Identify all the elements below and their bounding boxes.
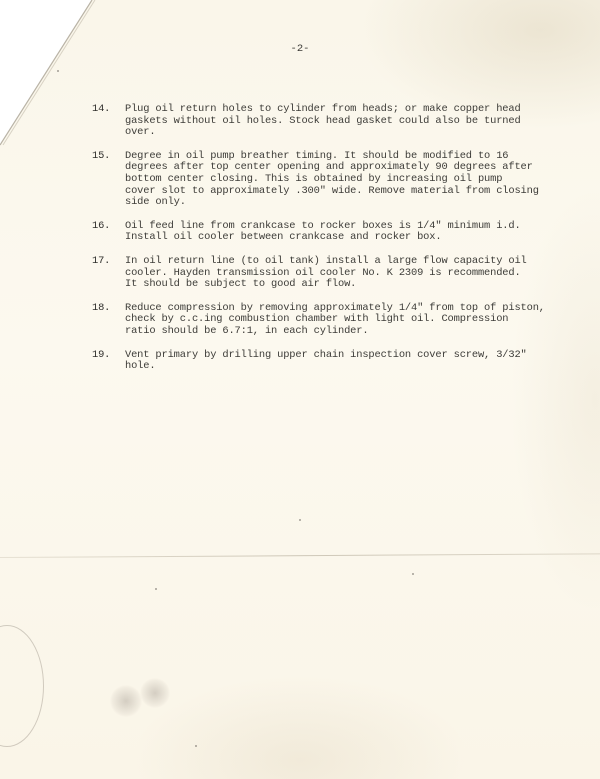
paper-speck [155, 588, 157, 590]
item-number: 16. [92, 221, 125, 244]
paper-speck [412, 573, 414, 575]
paper-smudge [140, 678, 170, 708]
item-number: 14. [92, 104, 125, 139]
paper-speck [195, 745, 197, 747]
item-number: 19. [92, 350, 125, 373]
list-item: 16. Oil feed line from crankcase to rock… [92, 221, 562, 244]
item-number: 18. [92, 303, 125, 338]
paper-speck [299, 519, 301, 521]
item-text: Reduce compression by removing approxima… [125, 303, 562, 338]
item-text: Oil feed line from crankcase to rocker b… [125, 221, 562, 244]
list-item: 17. In oil return line (to oil tank) ins… [92, 256, 562, 291]
paper-smudge [110, 685, 142, 717]
item-text: Degree in oil pump breather timing. It s… [125, 151, 562, 209]
paper-fold-line [0, 553, 600, 558]
paper-speck [57, 70, 59, 72]
paper-stain-arc [0, 625, 44, 747]
item-text: Vent primary by drilling upper chain ins… [125, 350, 562, 373]
list-item: 19. Vent primary by drilling upper chain… [92, 350, 562, 373]
page-number: -2- [0, 43, 600, 55]
item-text: In oil return line (to oil tank) install… [125, 256, 562, 291]
list-item: 15. Degree in oil pump breather timing. … [92, 151, 562, 209]
list-item: 18. Reduce compression by removing appro… [92, 303, 562, 338]
item-number: 17. [92, 256, 125, 291]
scanned-page: -2- 14. Plug oil return holes to cylinde… [0, 0, 600, 779]
item-text: Plug oil return holes to cylinder from h… [125, 104, 562, 139]
numbered-list: 14. Plug oil return holes to cylinder fr… [92, 104, 562, 385]
item-number: 15. [92, 151, 125, 209]
list-item: 14. Plug oil return holes to cylinder fr… [92, 104, 562, 139]
